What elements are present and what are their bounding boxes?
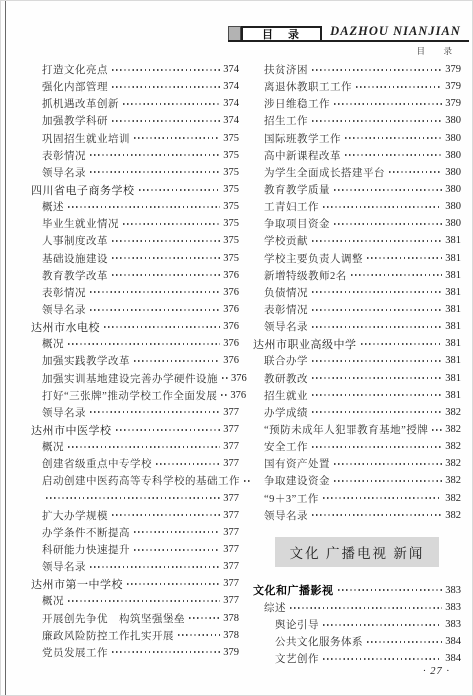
toc-entry: 党员发展工作379 (31, 644, 239, 661)
entry-leader-dots (116, 429, 221, 431)
entry-page-number: 374 (223, 115, 239, 126)
toc-entry: 办学成绩382 (253, 404, 461, 421)
toc-entry: 涉日维稳工作379 (253, 95, 461, 112)
entry-title: 廉政风险防控工作扎实开展 (42, 628, 174, 643)
entry-page-number: 382 (445, 475, 461, 486)
entry-leader-dots (178, 634, 220, 636)
entry-page-number: 375 (223, 201, 239, 212)
entry-title: 巩固招生就业培训 (42, 131, 130, 146)
entry-leader-dots (334, 189, 442, 191)
toc-entry: 联合办学381 (253, 352, 461, 369)
entry-page-number: 380 (445, 201, 461, 212)
entry-title: 领导名录 (42, 302, 86, 317)
entry-leader-dots (312, 240, 442, 242)
entry-page-number: 377 (223, 595, 239, 606)
entry-title: 加强实践教学改革 (42, 353, 130, 368)
entry-title: 创建省级重点中专学校 (42, 456, 152, 471)
entry-leader-dots (104, 326, 220, 328)
entry-title: 离退休教职工工作 (264, 79, 352, 94)
entry-leader-dots (112, 651, 220, 653)
entry-page-number: 377 (223, 561, 239, 572)
toc-entry: 表彰情况376 (31, 284, 239, 301)
toc-columns: 打造文化亮点374强化内部管理374抓机遇改革创新374加强教学科研374巩固招… (31, 61, 461, 668)
toc-entry: 公共文化服务体系384 (253, 633, 461, 650)
toc-entry: 综述383 (253, 599, 461, 616)
entry-page-number: 377 (223, 407, 239, 418)
entry-page-number: 377 (223, 578, 239, 589)
entry-page-number: 383 (445, 602, 461, 613)
entry-page-number: 382 (445, 424, 461, 435)
running-title: 目 录 (228, 45, 469, 57)
entry-leader-dots (323, 497, 442, 499)
entry-title: 综述 (264, 600, 286, 615)
journal-title: DAZHOU NIANJIAN (322, 26, 469, 40)
entry-leader-dots (312, 291, 442, 293)
toc-entry: 领导名录377 (31, 558, 239, 575)
entry-title: 概况 (42, 336, 64, 351)
entry-page-number: 380 (445, 133, 461, 144)
entry-leader-dots (351, 274, 443, 276)
toc-entry: 教育教学改革376 (31, 267, 239, 284)
entry-title: 国有资产处置 (264, 456, 330, 471)
toc-entry: 开展创先争优 构筑坚强堡垒378 (31, 610, 239, 627)
entry-page-number: 376 (230, 390, 246, 401)
entry-leader-dots (244, 480, 250, 482)
entry-title: 扩大办学规模 (42, 508, 108, 523)
toc-entry: 基础设施建设375 (31, 250, 239, 267)
entry-page-number: 381 (445, 304, 461, 315)
entry-title: 概述 (42, 199, 64, 214)
entry-leader-dots (68, 600, 220, 602)
entry-page-number: 378 (223, 613, 239, 624)
entry-title: 公共文化服务体系 (275, 634, 363, 649)
toc-page: 目 录 DAZHOU NIANJIAN 目 录 打造文化亮点374强化内部管理3… (0, 0, 473, 696)
entry-page-number: 376 (223, 355, 239, 366)
entry-page-number: 383 (445, 619, 461, 630)
entry-title: 加强教学科研 (42, 113, 108, 128)
entry-page-number: 384 (445, 653, 461, 664)
toc-entry: 达州市中医学校377 (31, 421, 239, 438)
toc-entry: 启动创建中医药高等专科学校的基础工作 (31, 472, 239, 489)
toc-entry: 扶贫济困379 (253, 61, 461, 78)
toc-entry: 概述375 (31, 198, 239, 215)
entry-leader-dots (367, 641, 442, 643)
entry-title: 招生工作 (264, 113, 308, 128)
entry-leader-dots (432, 429, 442, 431)
toc-entry: 离退休教职工工作379 (253, 78, 461, 95)
entry-page-number: 376 (223, 287, 239, 298)
entry-page-number: 375 (223, 218, 239, 229)
entry-leader-dots (112, 120, 220, 122)
entry-title: 领导名录 (42, 405, 86, 420)
entry-page-number: 374 (223, 98, 239, 109)
toc-entry: 争取项目资金380 (253, 215, 461, 232)
entry-leader-dots (134, 137, 220, 139)
entry-page-number: 377 (223, 458, 239, 469)
entry-title: 抓机遇改革创新 (42, 96, 119, 111)
entry-leader-dots (290, 607, 442, 609)
entry-title: 表彰情况 (264, 302, 308, 317)
entry-title: 高中新课程改革 (264, 148, 341, 163)
entry-leader-dots (222, 377, 228, 379)
entry-leader-dots (112, 257, 220, 259)
toc-entry: 舆论引导383 (253, 616, 461, 633)
entry-page-number: 375 (223, 167, 239, 178)
entry-title: 为学生全面成长搭建平台 (264, 165, 385, 180)
entry-leader-dots (68, 206, 220, 208)
toc-entry: 抓机遇改革创新374 (31, 95, 239, 112)
entry-leader-dots (123, 223, 220, 225)
toc-entry: “预防未成年人犯罪教育基地”授牌382 (253, 421, 461, 438)
entry-leader-dots (68, 343, 220, 345)
entry-title: 教育教学改革 (42, 268, 108, 283)
entry-leader-dots (312, 69, 442, 71)
toc-entry: 概况376 (31, 335, 239, 352)
toc-entry: 达州市职业高级中学381 (253, 335, 461, 352)
entry-page-number: 377 (223, 493, 239, 504)
entry-leader-dots (345, 154, 442, 156)
toc-entry: 领导名录376 (31, 301, 239, 318)
entry-title: 学校主要负责人调整 (264, 251, 363, 266)
entry-page-number: 384 (445, 636, 461, 647)
entry-page-number: 382 (445, 407, 461, 418)
toc-entry: 学校主要负责人调整381 (253, 250, 461, 267)
entry-leader-dots (323, 658, 442, 660)
entry-title: “9＋3”工作 (264, 491, 319, 506)
entry-leader-dots (345, 137, 442, 139)
page-number: · 27 · (423, 666, 450, 677)
toc-entry: 人事制度改革375 (31, 232, 239, 249)
toc-entry: 达州市水电校376 (31, 318, 239, 335)
entry-leader-dots (334, 463, 442, 465)
toc-entry: 争取建设资金382 (253, 472, 461, 489)
entry-title: 启动创建中医药高等专科学校的基础工作 (42, 473, 240, 488)
entry-page-number: 382 (445, 510, 461, 521)
entry-title: 扶贫济困 (264, 62, 308, 77)
toc-entry: 教育教学质量380 (253, 181, 461, 198)
entry-page-number: 381 (445, 338, 461, 349)
toc-entry: 负债情况381 (253, 284, 461, 301)
toc-entry: 教研教改381 (253, 370, 461, 387)
entry-page-number: 381 (445, 287, 461, 298)
entry-title: “预防未成年人犯罪教育基地”授牌 (264, 422, 428, 437)
toc-entry: 加强实训基地建设完善办学硬件设施376 (31, 370, 239, 387)
entry-page-number: 375 (223, 133, 239, 144)
entry-title: 打造文化亮点 (42, 62, 108, 77)
entry-title: 涉日维稳工作 (264, 96, 330, 111)
entry-title: 招生就业 (264, 388, 308, 403)
toc-entry: 廉政风险防控工作扎实开展378 (31, 627, 239, 644)
entry-leader-dots (312, 309, 442, 311)
toc-entry: 国有资产处置382 (253, 455, 461, 472)
entry-title: 开展创先争优 构筑坚强堡垒 (42, 611, 185, 626)
toc-entry: 表彰情况375 (31, 147, 239, 164)
entry-title: 表彰情况 (42, 285, 86, 300)
toc-entry: 加强教学科研374 (31, 112, 239, 129)
header-band: 目 录 DAZHOU NIANJIAN (228, 26, 469, 42)
entry-leader-dots (334, 103, 442, 105)
toc-entry: 表彰情况381 (253, 301, 461, 318)
entry-title: 争取建设资金 (264, 473, 330, 488)
entry-title: 加强实训基地建设完善办学硬件设施 (42, 371, 218, 386)
entry-page-number: 379 (445, 81, 461, 92)
entry-page-number: 376 (231, 373, 247, 384)
entry-title: 工青妇工作 (264, 199, 319, 214)
entry-leader-dots (334, 223, 442, 225)
toc-entry: 扩大办学规模377 (31, 507, 239, 524)
entry-title: 教育教学质量 (264, 182, 330, 197)
toc-entry: 工青妇工作380 (253, 198, 461, 215)
toc-entry: “9＋3”工作382 (253, 490, 461, 507)
entry-page-number: 380 (445, 115, 461, 126)
toc-entry: 新增特级教师2名381 (253, 267, 461, 284)
toc-entry: 文艺创作384 (253, 650, 461, 667)
entry-leader-dots (123, 103, 220, 105)
entry-leader-dots (323, 206, 442, 208)
toc-entry-continuation: 377 (31, 490, 239, 507)
entry-leader-dots (90, 154, 220, 156)
entry-title: 达州市中医学校 (31, 422, 112, 438)
entry-leader-dots (90, 309, 220, 311)
header-title-box: 目 录 (241, 26, 322, 40)
entry-title: 办学条件不断提高 (42, 525, 130, 540)
entry-page-number: 377 (223, 510, 239, 521)
entry-title: 领导名录 (264, 508, 308, 523)
entry-page-number: 375 (223, 150, 239, 161)
entry-leader-dots (90, 171, 220, 173)
entry-title: 新增特级教师2名 (264, 268, 347, 283)
section-divider: 文化 广播电视 新闻 (275, 537, 440, 567)
entry-title: 舆论引导 (275, 617, 319, 632)
toc-entry: 安全工作382 (253, 438, 461, 455)
entry-title: 人事制度改革 (42, 233, 108, 248)
entry-page-number: 377 (223, 424, 239, 435)
entry-page-number: 378 (223, 630, 239, 641)
entry-leader-dots (134, 531, 220, 533)
entry-title: 领导名录 (42, 165, 86, 180)
entry-page-number: 376 (223, 338, 239, 349)
page-edge-line (5, 1, 6, 695)
toc-entry: 巩固招生就业培训375 (31, 130, 239, 147)
toc-entry: 招生就业381 (253, 387, 461, 404)
entry-page-number: 382 (445, 458, 461, 469)
header-gray-square (228, 26, 241, 40)
entry-title: 达州市第一中学校 (31, 576, 123, 592)
entry-page-number: 376 (223, 304, 239, 315)
entry-page-number: 375 (223, 235, 239, 246)
entry-page-number: 382 (445, 493, 461, 504)
entry-leader-dots (334, 480, 442, 482)
header-title-text: 目 录 (262, 26, 301, 42)
entry-title: 四川省电子商务学校 (31, 182, 135, 198)
entry-page-number: 381 (445, 253, 461, 264)
toc-entry: 为学生全面成长搭建平台380 (253, 164, 461, 181)
entry-leader-dots (90, 291, 220, 293)
entry-leader-dots (189, 617, 220, 619)
entry-page-number: 374 (223, 81, 239, 92)
entry-leader-dots (127, 583, 220, 585)
toc-entry: 打好“三张牌”推动学校工作全面发展376 (31, 387, 239, 404)
entry-title: 争取项目资金 (264, 216, 330, 231)
entry-leader-dots (134, 360, 220, 362)
entry-page-number: 380 (445, 218, 461, 229)
entry-leader-dots (156, 463, 220, 465)
entry-leader-dots (312, 394, 442, 396)
entry-title: 党员发展工作 (42, 645, 108, 660)
entry-page-number: 381 (445, 390, 461, 401)
entry-page-number: 381 (445, 321, 461, 332)
entry-page-number: 381 (445, 235, 461, 246)
entry-leader-dots (139, 189, 221, 191)
entry-leader-dots (312, 377, 442, 379)
entry-title: 国际班教学工作 (264, 131, 341, 146)
entry-leader-dots (312, 514, 442, 516)
toc-entry: 招生工作380 (253, 112, 461, 129)
toc-entry: 达州市第一中学校377 (31, 575, 239, 592)
entry-leader-dots (68, 446, 220, 448)
entry-page-number: 377 (223, 544, 239, 555)
entry-title: 概况 (42, 439, 64, 454)
page-header: 目 录 DAZHOU NIANJIAN 目 录 (228, 26, 469, 57)
entry-title: 达州市职业高级中学 (253, 336, 357, 352)
toc-entry: 四川省电子商务学校375 (31, 181, 239, 198)
entry-title: 科研能力快速提升 (42, 542, 130, 557)
toc-entry: 科研能力快速提升377 (31, 541, 239, 558)
toc-entry: 高中新课程改革380 (253, 147, 461, 164)
entry-title: 学校贡献 (264, 233, 308, 248)
entry-page-number: 380 (445, 167, 461, 178)
toc-entry: 强化内部管理374 (31, 78, 239, 95)
entry-leader-dots (312, 120, 442, 122)
entry-title: 安全工作 (264, 439, 308, 454)
entry-page-number: 382 (445, 441, 461, 452)
entry-leader-dots (112, 514, 220, 516)
toc-entry: 毕业生就业情况375 (31, 215, 239, 232)
entry-page-number: 383 (445, 585, 461, 596)
entry-leader-dots (312, 411, 442, 413)
entry-page-number: 377 (223, 527, 239, 538)
entry-leader-dots (112, 69, 220, 71)
toc-entry: 办学条件不断提高377 (31, 524, 239, 541)
toc-entry: 领导名录382 (253, 507, 461, 524)
entry-leader-dots (356, 86, 442, 88)
entry-page-number: 381 (445, 270, 461, 281)
entry-leader-dots (90, 566, 220, 568)
entry-leader-dots (134, 549, 220, 551)
toc-entry: 学校贡献381 (253, 232, 461, 249)
entry-page-number: 379 (223, 647, 239, 658)
entry-title: 负债情况 (264, 285, 308, 300)
toc-entry: 概况377 (31, 438, 239, 455)
entry-title: 表彰情况 (42, 148, 86, 163)
toc-entry: 国际班教学工作380 (253, 130, 461, 147)
entry-leader-dots (112, 274, 220, 276)
entry-leader-dots (367, 257, 442, 259)
toc-entry: 打造文化亮点374 (31, 61, 239, 78)
entry-leader-dots (221, 394, 227, 396)
entry-page-number: 379 (445, 98, 461, 109)
entry-title: 文艺创作 (275, 651, 319, 666)
entry-page-number: 380 (445, 150, 461, 161)
toc-right-column: 扶贫济困379离退休教职工工作379涉日维稳工作379招生工作380国际班教学工… (253, 61, 461, 668)
entry-page-number: 380 (445, 184, 461, 195)
toc-entry: 领导名录375 (31, 164, 239, 181)
entry-title: 领导名录 (42, 559, 86, 574)
entry-leader-dots (112, 240, 220, 242)
entry-page-number: 374 (223, 64, 239, 75)
entry-leader-dots (46, 497, 220, 499)
entry-title: 教研教改 (264, 371, 308, 386)
entry-title: 毕业生就业情况 (42, 216, 119, 231)
toc-entry: 概况377 (31, 592, 239, 609)
entry-leader-dots (312, 326, 442, 328)
entry-title: 领导名录 (264, 319, 308, 334)
entry-title: 办学成绩 (264, 405, 308, 420)
toc-entry: 创建省级重点中专学校377 (31, 455, 239, 472)
toc-entry: 文化和广播影视383 (253, 582, 461, 599)
entry-page-number: 376 (223, 270, 239, 281)
entry-title: 文化和广播影视 (253, 582, 334, 598)
entry-page-number: 377 (223, 441, 239, 452)
entry-leader-dots (323, 624, 442, 626)
entry-page-number: 376 (223, 321, 239, 332)
entry-page-number: 381 (445, 355, 461, 366)
entry-leader-dots (312, 446, 442, 448)
entry-title: 达州市水电校 (31, 319, 100, 335)
entry-title: 联合办学 (264, 353, 308, 368)
toc-entry: 领导名录377 (31, 404, 239, 421)
entry-leader-dots (90, 411, 220, 413)
entry-title: 强化内部管理 (42, 79, 108, 94)
entry-page-number: 381 (445, 373, 461, 384)
entry-leader-dots (361, 343, 443, 345)
entry-page-number: 375 (223, 184, 239, 195)
toc-entry: 加强实践教学改革376 (31, 352, 239, 369)
entry-title: 基础设施建设 (42, 251, 108, 266)
entry-page-number: 379 (445, 64, 461, 75)
entry-leader-dots (389, 171, 442, 173)
entry-title: 概况 (42, 593, 64, 608)
toc-entry: 领导名录381 (253, 318, 461, 335)
entry-leader-dots (112, 86, 220, 88)
toc-left-column: 打造文化亮点374强化内部管理374抓机遇改革创新374加强教学科研374巩固招… (31, 61, 239, 668)
entry-title: 打好“三张牌”推动学校工作全面发展 (42, 388, 217, 403)
entry-page-number: 375 (223, 253, 239, 264)
entry-leader-dots (312, 360, 442, 362)
entry-leader-dots (338, 589, 443, 591)
